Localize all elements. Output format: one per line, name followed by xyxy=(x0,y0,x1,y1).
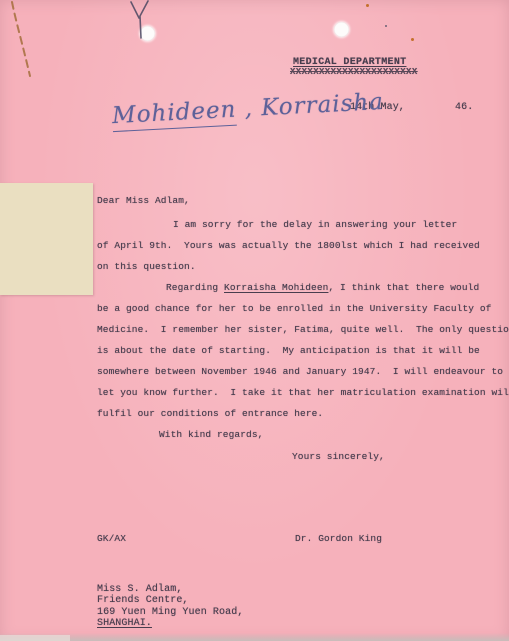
handwritten-name: Mohideen , Korraisha xyxy=(112,89,385,129)
punch-hole-right xyxy=(334,22,349,37)
body-line: be a good chance for her to be enrolled … xyxy=(97,302,491,315)
pen-mark-icon xyxy=(126,0,152,40)
body-line: somewhere between November 1946 and Janu… xyxy=(97,365,503,378)
recipient-city: SHANGHAI. xyxy=(97,618,243,629)
signature-name: Dr. Gordon King xyxy=(295,532,382,545)
body-line: I am sorry for the delay in answering yo… xyxy=(173,218,457,231)
recipient-address-block: Miss S. Adlam, Friends Centre, 169 Yuen … xyxy=(97,584,243,630)
scan-bottom-corner xyxy=(0,635,70,641)
recipient-name: Miss S. Adlam, xyxy=(97,584,243,595)
body-line: of April 9th. Yours was actually the 180… xyxy=(97,239,480,252)
paper-slip-overlay xyxy=(0,183,93,295)
date-year: 46. xyxy=(455,101,473,114)
paper-speck xyxy=(385,25,387,27)
closing-regards: With kind regards, xyxy=(159,428,263,441)
paper-speck xyxy=(411,38,414,41)
handwritten-surname: Mohideen xyxy=(112,97,238,132)
body-line: is about the date of starting. My antici… xyxy=(97,344,480,357)
scan-bottom-edge xyxy=(0,633,509,641)
header-x-row: XXXXXXXXXXXXXXXXXXXXXX xyxy=(290,66,418,79)
scratch-mark-icon xyxy=(6,0,38,80)
body-line: fulfil our conditions of entrance here. xyxy=(97,407,323,420)
body-line: let you know further. I take it that her… xyxy=(97,386,509,399)
body-text: Regarding xyxy=(166,282,224,293)
body-line: Regarding Korraisha Mohideen, I think th… xyxy=(166,281,479,294)
handwritten-separator: , xyxy=(236,95,262,122)
body-line: on this question. xyxy=(97,260,196,273)
underlined-student-name: Korraisha Mohideen xyxy=(224,282,328,293)
body-line: Medicine. I remember her sister, Fatima,… xyxy=(97,323,509,336)
recipient-line3: 169 Yuen Ming Yuen Road, xyxy=(97,607,243,618)
valediction: Yours sincerely, xyxy=(292,450,385,463)
typist-reference: GK/AX xyxy=(97,532,126,545)
recipient-line2: Friends Centre, xyxy=(97,595,243,606)
paper-speck xyxy=(366,4,369,7)
handwritten-given-name: Korraisha xyxy=(261,89,385,121)
scanned-letter-page: MEDICAL DEPARTMENT XXXXXXXXXXXXXXXXXXXXX… xyxy=(0,0,509,641)
body-text: , I think that there would xyxy=(328,282,479,293)
salutation: Dear Miss Adlam, xyxy=(97,194,190,207)
